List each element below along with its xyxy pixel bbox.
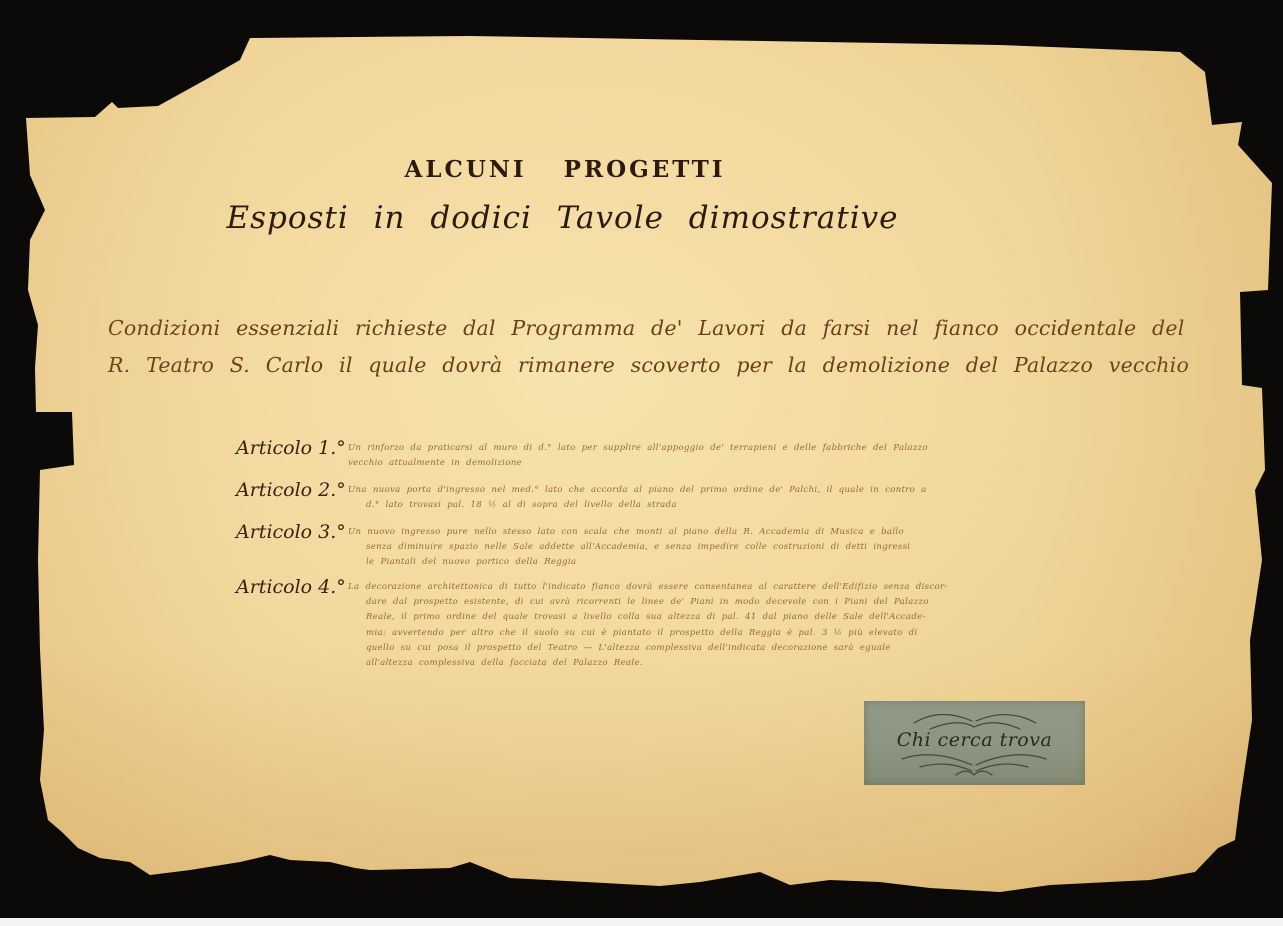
article-line: Una nuova porta d'ingresso nel med.° lat… [348, 483, 896, 498]
photo-stage: ALCUNI PROGETTI Esposti in dodici Tavole… [0, 0, 1283, 926]
article-line: dare dal prospetto esistente, di cui avr… [348, 595, 896, 610]
article-line: Un nuovo ingresso pure nello stesso lato… [348, 525, 896, 540]
article-text: La decorazione architettonica di tutto l… [348, 580, 896, 671]
article-text: Un nuovo ingresso pure nello stesso lato… [348, 525, 896, 571]
article-label: Articolo 3.° [236, 521, 346, 543]
article-line: senza diminuire spazio nelle Sale addett… [348, 540, 896, 555]
article-line: all'altezza complessiva della facciata d… [348, 656, 896, 671]
bottom-margin-strip [0, 918, 1283, 926]
article-label: Articolo 4.° [236, 576, 346, 598]
document-subheading: Esposti in dodici Tavole dimostrative [0, 200, 1125, 236]
conditions-line: Condizioni essenziali richieste dal Prog… [108, 310, 1038, 347]
article-line: le Piantali del nuovo portico della Regg… [348, 555, 896, 570]
document-heading: ALCUNI PROGETTI [0, 156, 1130, 183]
article-line: Reale, il primo ordine del quale trovasi… [348, 610, 896, 625]
motto-text: Chi cerca trova [864, 729, 1085, 751]
article-label: Articolo 2.° [236, 479, 346, 501]
article-line: vecchio attualmente in demolizione [348, 456, 896, 471]
article-line: La decorazione architettonica di tutto l… [348, 580, 896, 595]
article-line: d.° lato trovasi pal. 18 ½ al di sopra d… [348, 498, 896, 513]
article-label: Articolo 1.° [236, 437, 346, 459]
article-line: Un rinforzo da praticarsi al muro di d.°… [348, 441, 896, 456]
article-text: Una nuova porta d'ingresso nel med.° lat… [348, 483, 896, 513]
article-line: mia: avvertendo per altro che il suolo s… [348, 626, 896, 641]
motto-card: Chi cerca trova [864, 701, 1085, 785]
aged-paper-sheet: ALCUNI PROGETTI Esposti in dodici Tavole… [0, 0, 1283, 926]
article-line: quello su cui posa il prospetto del Teat… [348, 641, 896, 656]
article-text: Un rinforzo da praticarsi al muro di d.°… [348, 441, 896, 471]
conditions-paragraph: Condizioni essenziali richieste dal Prog… [108, 310, 1038, 384]
conditions-line: R. Teatro S. Carlo il quale dovrà rimane… [108, 347, 1038, 384]
